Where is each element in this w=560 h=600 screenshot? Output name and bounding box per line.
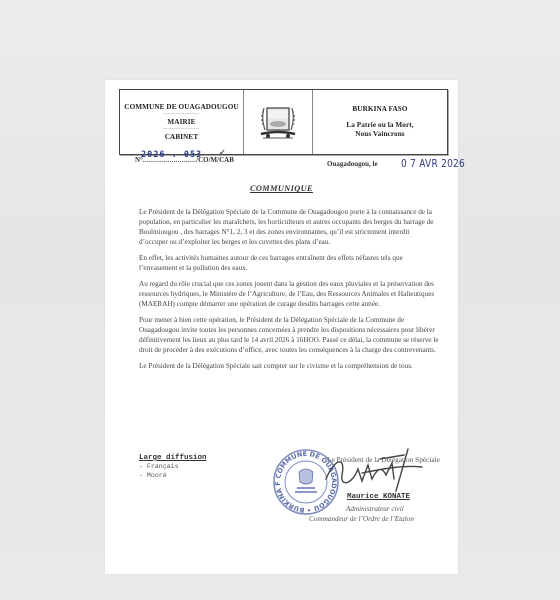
handwritten-signature-icon [322,445,426,497]
country-name: BURKINA FASO [352,105,407,114]
cabinet-label: CABINET [165,133,198,142]
document-title: COMMUNIQUE [105,184,458,193]
mairie-label: MAIRIE [167,118,195,127]
place-label: Ouagadougou, le [327,160,378,168]
document-body: Le Président de la Délégation Spéciale d… [139,207,439,377]
signatory-distinction: Commandeur de l’Ordre de l’Etalon [309,515,414,523]
coat-of-arms-icon [254,100,302,144]
letterhead-right: BURKINA FASO La Patrie ou la Mort, Nous … [313,90,447,154]
paragraph: En effet, les activités humaines autour … [139,253,439,273]
diffusion-item: - Mooré [139,472,179,481]
paragraph: Pour mener à bien cette opération, le Pr… [139,315,439,355]
signatory-title: Le Président de la Délégation Spéciale [327,455,440,464]
paragraph: Au regard du rôle crucial que ces zones … [139,279,439,309]
commune-name: COMMUNE DE OUAGADOUGOU [124,103,238,112]
letterhead-left: COMMUNE DE OUAGADOUGOU -----------------… [120,90,244,154]
letterhead: COMMUNE DE OUAGADOUGOU -----------------… [119,89,448,155]
signatory-name: Maurice KONATE [347,493,410,501]
diffusion-list: - Français - Mooré [139,463,179,480]
signatory-role: Administrateur civil [346,505,404,513]
reference-number: N°2026 . 053........................../C… [135,156,234,164]
diffusion-item: - Français [139,463,179,472]
letterhead-emblem [244,90,313,154]
check-mark-icon: ✓ [219,148,226,157]
diffusion-title: Large diffusion [139,454,207,462]
motto-line-1: La Patrie ou la Mort, [346,121,413,130]
ref-stamped-number: 2026 . 053 [141,150,202,160]
date-stamp: 0 7 AVR 2026 [401,157,465,170]
motto-line-2: Nous Vaincrons [355,130,404,139]
paragraph: Le Président de la Délégation Spéciale d… [139,207,439,247]
paragraph: Le Président de la Délégation Spéciale s… [139,361,439,371]
